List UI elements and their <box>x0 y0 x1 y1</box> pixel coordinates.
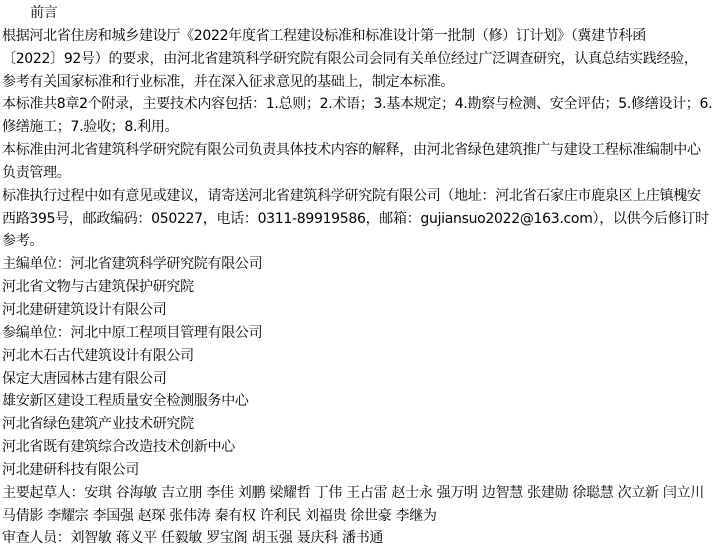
drafters-block: 主要起草人：安琪 谷海敏 吉立朋 李佳 刘鹏 梁耀哲 丁伟 王占雷 赵士永 强万… <box>2 482 718 528</box>
chief-units-label: 主编单位： <box>2 256 71 272</box>
reviewers-label: 审查人员： <box>2 530 71 546</box>
chief-unit-name: 河北省文物与古建筑保护研究院 <box>2 276 718 299</box>
participating-unit-name: 雄安新区建设工程质量安全检测服务中心 <box>2 390 718 413</box>
text-line: 根据河北省住房和城乡建设厅《2022年度省工程建设标准和标准设计第一批制（修）订… <box>2 25 718 48</box>
chief-units-block: 主编单位：河北省建筑科学研究院有限公司 河北省文物与古建筑保护研究院 河北建研建… <box>2 253 718 322</box>
chief-unit-name: 河北建研建筑设计有限公司 <box>2 299 718 322</box>
paragraph-basis: 根据河北省住房和城乡建设厅《2022年度省工程建设标准和标准设计第一批制（修）订… <box>2 25 718 94</box>
text-line: 修缮施工；7.验收；8.利用。 <box>2 116 718 139</box>
drafters-label: 主要起草人： <box>2 485 84 501</box>
text-line: 西路395号，邮政编码：050227，电话：0311-89919586，邮箱：g… <box>2 208 718 231</box>
text-line: 负责管理。 <box>2 162 718 185</box>
participating-unit-name: 河北中原工程项目管理有限公司 <box>71 325 263 341</box>
chief-unit-primary: 主编单位：河北省建筑科学研究院有限公司 <box>2 253 718 276</box>
participating-unit-name: 河北建研科技有限公司 <box>2 459 718 482</box>
text-line: 本标准共8章2个附录，主要技术内容包括：1.总则；2.术语；3.基本规定；4.勘… <box>2 93 718 116</box>
drafters-names: 安琪 谷海敏 吉立朋 李佳 刘鹏 梁耀哲 丁伟 王占雷 赵士永 强万明 边智慧 … <box>84 485 704 501</box>
section-title-foreword: 前言 <box>2 2 718 25</box>
drafters-line: 主要起草人：安琪 谷海敏 吉立朋 李佳 刘鹏 梁耀哲 丁伟 王占雷 赵士永 强万… <box>2 482 718 505</box>
participating-units-label: 参编单位： <box>2 325 71 341</box>
paragraph-contents: 本标准共8章2个附录，主要技术内容包括：1.总则；2.术语；3.基本规定；4.勘… <box>2 93 718 139</box>
drafters-names-continued: 马倩影 李耀宗 李国强 赵琛 张伟涛 秦有权 许利民 刘福贵 徐世豪 李继为 <box>2 505 718 528</box>
text-line: 本标准由河北省建筑科学研究院有限公司负责具体技术内容的解释，由河北省绿色建筑推广… <box>2 139 718 162</box>
participating-units-block: 参编单位：河北中原工程项目管理有限公司 河北木石古代建筑设计有限公司 保定大唐园… <box>2 322 718 482</box>
participating-unit-name: 河北省既有建筑综合改造技术创新中心 <box>2 436 718 459</box>
participating-unit-name: 河北省绿色建筑产业技术研究院 <box>2 413 718 436</box>
participating-unit-name: 保定大唐园林古建有限公司 <box>2 368 718 391</box>
text-line: 标准执行过程中如有意见或建议，请寄送河北省建筑科学研究院有限公司（地址：河北省石… <box>2 185 718 208</box>
reviewers-names: 刘智敏 蒋义平 任毅敏 罗宝阁 胡玉强 聂庆科 潘书通 <box>71 530 384 546</box>
chief-unit-name: 河北省建筑科学研究院有限公司 <box>71 256 263 272</box>
paragraph-responsibility: 本标准由河北省建筑科学研究院有限公司负责具体技术内容的解释，由河北省绿色建筑推广… <box>2 139 718 185</box>
text-line: 参考有关国家标准和行业标准，并在深入征求意见的基础上，制定本标准。 <box>2 71 718 94</box>
text-line: 参考。 <box>2 230 718 253</box>
participating-unit-name: 河北木石古代建筑设计有限公司 <box>2 345 718 368</box>
reviewers-block: 审查人员：刘智敏 蒋义平 任毅敏 罗宝阁 胡玉强 聂庆科 潘书通 <box>2 527 718 550</box>
reviewers-line: 审查人员：刘智敏 蒋义平 任毅敏 罗宝阁 胡玉强 聂庆科 潘书通 <box>2 527 718 550</box>
text-line: 〔2022〕92号）的要求，由河北省建筑科学研究院有限公司会同有关单位经过广泛调… <box>2 48 718 71</box>
document-page: 前言 根据河北省住房和城乡建设厅《2022年度省工程建设标准和标准设计第一批制（… <box>0 0 718 550</box>
participating-unit-primary: 参编单位：河北中原工程项目管理有限公司 <box>2 322 718 345</box>
paragraph-feedback: 标准执行过程中如有意见或建议，请寄送河北省建筑科学研究院有限公司（地址：河北省石… <box>2 185 718 254</box>
